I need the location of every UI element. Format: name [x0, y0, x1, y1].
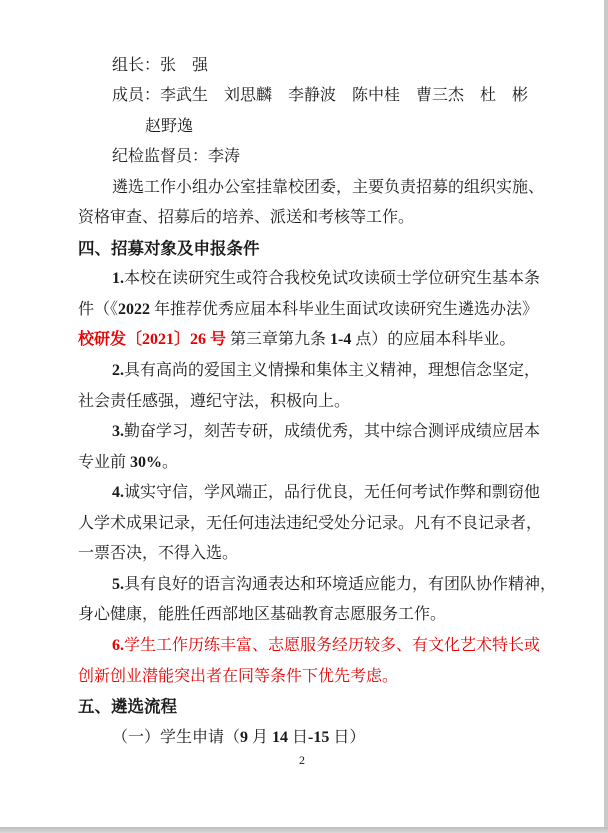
page-edge-bottom: [0, 827, 608, 833]
text-segment: 一票否决，不得入选。: [78, 545, 238, 562]
text-line: 件（《2022 年推荐优秀应届本科毕业生面试攻读研究生遴选办法》: [78, 300, 538, 319]
text-line: 专业前 30%。: [78, 453, 178, 472]
text-segment: 第三章第九条: [226, 331, 330, 348]
text-segment: 人学术成果记录，无任何违法违纪受处分记录。凡有不良记录者，: [78, 515, 542, 532]
text-segment: 遴选工作小组办公室挂靠校团委，主要负责招募的组织实施、: [112, 179, 544, 196]
text-segment: （一）学生申请（: [112, 729, 240, 746]
text-line: 1.本校在读研究生或符合我校免试攻读硕士学位研究生基本条: [112, 269, 540, 288]
text-segment: 14: [272, 729, 288, 746]
text-line: 校研发〔2021〕26 号 第三章第九条 1-4 点）的应届本科毕业。: [78, 330, 515, 349]
text-line: 2.具有高尚的爱国主义情操和集体主义精神，理想信念坚定，: [112, 361, 540, 380]
text-line: 成员：李武生 刘思麟 李静波 陈中桂 曹三杰 杜 彬: [112, 86, 528, 105]
text-line: 5.具有良好的语言沟通表达和环境适应能力，有团队协作精神，: [112, 575, 556, 594]
text-segment: 点）的应届本科毕业。: [351, 331, 515, 348]
text-line: 身心健康，能胜任西部地区基础教育志愿服务工作。: [78, 605, 446, 624]
text-segment: 1-4: [330, 331, 351, 348]
text-line: 遴选工作小组办公室挂靠校团委，主要负责招募的组织实施、: [112, 178, 544, 197]
document-page: 组长：张 强成员：李武生 刘思麟 李静波 陈中桂 曹三杰 杜 彬赵野逸纪检监督员…: [0, 0, 608, 833]
text-segment: 四、招募对象及申报条件: [78, 239, 260, 258]
text-line: 人学术成果记录，无任何违法违纪受处分记录。凡有不良记录者，: [78, 514, 542, 533]
text-segment: 具有高尚的爱国主义情操和集体主义精神，理想信念坚定，: [124, 362, 540, 379]
text-segment: 年推荐优秀应届本科毕业生面试攻读研究生遴选办法》: [150, 301, 538, 318]
text-segment: 勤奋学习，刻苦专研，成绩优秀，其中综合测评成绩应居本: [124, 423, 540, 440]
text-segment: 成员：李武生 刘思麟 李静波 陈中桂 曹三杰 杜 彬: [112, 87, 528, 104]
text-segment: 社会责任感强，遵纪守法，积极向上。: [78, 393, 350, 410]
text-segment: 纪检监督员：李涛: [112, 148, 240, 165]
text-segment: 组长：张 强: [112, 57, 208, 74]
text-segment: 件（《: [78, 301, 118, 318]
text-segment: 日: [288, 729, 308, 746]
text-segment: 具有良好的语言沟通表达和环境适应能力，有团队协作精神，: [124, 576, 556, 593]
text-segment: 学生工作历练丰富、志愿服务经历较多、有文化艺术特长或: [124, 637, 540, 654]
text-segment: 身心健康，能胜任西部地区基础教育志愿服务工作。: [78, 606, 446, 623]
text-segment: 专业前: [78, 454, 130, 471]
text-segment: -15: [308, 729, 329, 746]
text-line: 6.学生工作历练丰富、志愿服务经历较多、有文化艺术特长或: [112, 636, 540, 655]
text-line: 社会责任感强，遵纪守法，积极向上。: [78, 392, 350, 411]
text-segment: 30%: [130, 454, 162, 471]
text-line: 一票否决，不得入选。: [78, 544, 238, 563]
text-segment: 本校在读研究生或符合我校免试攻读硕士学位研究生基本条: [124, 270, 540, 287]
text-line: （一）学生申请（9 月 14 日-15 日）: [112, 728, 365, 747]
text-segment: 校研发〔2021〕26 号: [78, 331, 226, 348]
text-segment: 资格审查、招募后的培养、派送和考核等工作。: [78, 209, 414, 226]
page-edge-right: [604, 0, 608, 833]
text-segment: 诚实守信，学风端正，品行优良，无任何考试作弊和剽窃他: [124, 484, 540, 501]
text-segment: 。: [162, 454, 178, 471]
text-segment: 5.: [112, 576, 124, 593]
text-line: 4.诚实守信，学风端正，品行优良，无任何考试作弊和剽窃他: [112, 483, 540, 502]
text-segment: 2022: [118, 301, 150, 318]
section-heading: 四、招募对象及申报条件: [78, 239, 260, 258]
text-line: 纪检监督员：李涛: [112, 147, 240, 166]
page-number: 2: [0, 753, 604, 768]
text-segment: 创新创业潜能突出者在同等条件下优先考虑。: [78, 668, 398, 685]
section-heading: 五、遴选流程: [78, 697, 177, 716]
text-line: 资格审查、招募后的培养、派送和考核等工作。: [78, 208, 414, 227]
text-segment: 1.: [112, 270, 124, 287]
text-segment: 4.: [112, 484, 124, 501]
text-segment: 2.: [112, 362, 124, 379]
text-segment: 6.: [112, 637, 124, 654]
text-line: 赵野逸: [145, 117, 193, 136]
text-segment: 赵野逸: [145, 118, 193, 135]
text-line: 创新创业潜能突出者在同等条件下优先考虑。: [78, 667, 398, 686]
text-segment: 五、遴选流程: [78, 697, 177, 716]
text-line: 组长：张 强: [112, 56, 208, 75]
text-segment: 9: [240, 729, 248, 746]
text-segment: 日）: [329, 729, 365, 746]
text-segment: 月: [248, 729, 272, 746]
text-line: 3.勤奋学习，刻苦专研，成绩优秀，其中综合测评成绩应居本: [112, 422, 540, 441]
text-segment: 3.: [112, 423, 124, 440]
